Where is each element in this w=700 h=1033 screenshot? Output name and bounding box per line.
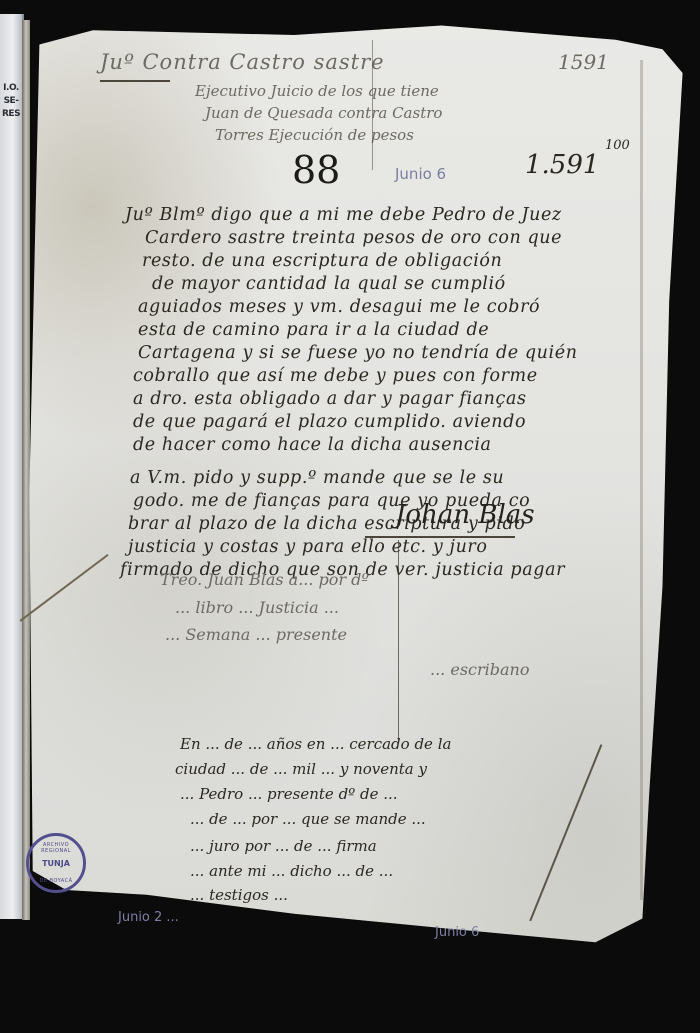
text-line: ... Semana ... presente — [165, 625, 347, 644]
text-line: Cartagena y si se fuese yo no tendría de… — [138, 343, 578, 363]
text-line: ... testigos ... — [190, 886, 288, 904]
text-line: de hacer como hace la dicha ausencia — [133, 435, 492, 455]
text-line: ... libro ... Justicia ... — [175, 598, 339, 617]
signature: Johan Blas — [395, 500, 535, 530]
document-year: 1.591 — [525, 150, 599, 180]
rubric-stroke — [398, 540, 399, 740]
text-line: ... juro por ... de ... firma — [190, 837, 377, 855]
edge-text-line: I.O. — [2, 82, 20, 95]
page-number: 100 — [605, 138, 630, 153]
text-line: justicia y costas y para ello etc. y jur… — [128, 537, 488, 557]
folio-number: 88 — [292, 148, 340, 192]
pencil-date: Junio 6 — [395, 165, 446, 183]
stamp-top-text: ARCHIVO REGIONAL — [29, 842, 83, 854]
subtitle-line: Juan de Quesada contra Castro — [205, 104, 442, 122]
subtitle-line: Ejecutivo Juicio de los que tiene — [195, 82, 439, 100]
book-binding — [22, 20, 30, 920]
archive-stamp: ARCHIVO REGIONAL TUNJA DE BOYACÁ — [26, 833, 86, 893]
pencil-note: Junio 6 — [435, 925, 479, 940]
text-line: a dro. esta obligado a dar y pagar fianç… — [133, 389, 527, 409]
text-line: esta de camino para ir a la ciudad de — [138, 320, 489, 340]
text-line: de mayor cantidad la qual se cumplió — [152, 274, 506, 294]
adjacent-page-text: I.O. SE- RES — [2, 82, 20, 121]
text-line: ... escribano — [430, 660, 529, 679]
text-line: Treo. Juan Blas a... por dº — [160, 570, 369, 589]
pencil-note: Junio 2 ... — [118, 910, 179, 925]
text-line: ... Pedro ... presente dº de ... — [180, 785, 398, 803]
text-line: cobrallo que así me debe y pues con form… — [133, 366, 538, 386]
text-line: Cardero sastre treinta pesos de oro con … — [145, 228, 562, 248]
stamp-center-text: TUNJA — [42, 859, 70, 868]
text-line: ... de ... por ... que se mande ... — [190, 810, 426, 828]
text-line: de que pagará el plazo cumplido. aviendo — [133, 412, 526, 432]
stamp-bottom-text: DE BOYACÁ — [29, 878, 83, 884]
adjacent-page-edge: I.O. SE- RES — [0, 14, 24, 919]
text-line: ciudad ... de ... mil ... y noventa y — [175, 760, 427, 778]
fold-crease — [372, 40, 373, 170]
text-line: aguiados meses y vm. desagui me le cobró — [138, 297, 540, 317]
edge-text-line: RES — [2, 108, 20, 121]
header-year: 1591 — [558, 50, 609, 74]
document-title: Juº Contra Castro sastre — [100, 50, 385, 74]
text-line: a V.m. pido y supp.º mande que se le su — [130, 468, 504, 488]
header-stroke — [100, 80, 170, 82]
text-line: ... ante mi ... dicho ... de ... — [190, 862, 393, 880]
page-fold-line — [640, 60, 643, 900]
subtitle-line: Torres Ejecución de pesos — [215, 126, 414, 144]
text-line: Juº Blmº digo que a mi me debe Pedro de … — [125, 205, 562, 225]
edge-text-line: SE- — [2, 95, 20, 108]
text-line: resto. de una escriptura de obligación — [142, 251, 502, 271]
signature-flourish — [365, 536, 515, 538]
text-line: En ... de ... años en ... cercado de la — [180, 735, 451, 753]
